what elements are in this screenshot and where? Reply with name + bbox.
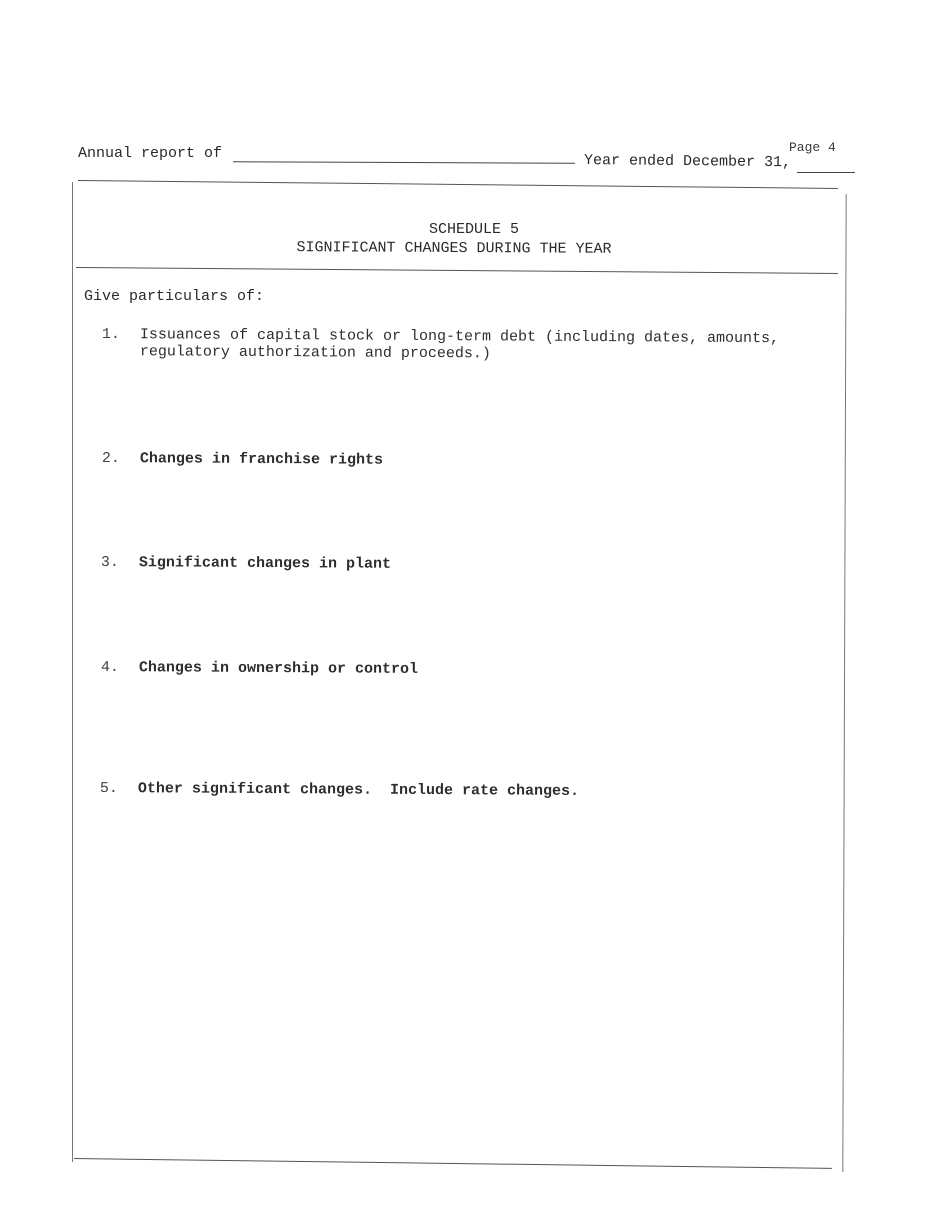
instructions-intro: Give particulars of: — [84, 288, 264, 305]
report-header: Annual report of Year ended December 31, — [78, 145, 868, 171]
item-label-line2: regulatory authorization and proceeds.) — [140, 343, 491, 362]
answer-area-franchise-rights[interactable] — [110, 472, 800, 552]
item-number: 1. — [102, 326, 120, 343]
title-divider — [76, 267, 838, 274]
frame-top-border — [78, 180, 838, 189]
item-number: 2. — [102, 450, 120, 467]
year-ended-label: Year ended December 31, — [584, 152, 791, 171]
schedule-title-block: SCHEDULE 5 SIGNIFICANT CHANGES DURING TH… — [70, 220, 838, 258]
item-label: Issuances of capital stock or long-term … — [140, 326, 779, 364]
answer-area-other-changes[interactable] — [110, 804, 800, 1144]
annual-report-label: Annual report of — [78, 145, 222, 162]
frame-bottom-border — [74, 1158, 832, 1169]
item-label: Changes in ownership or control — [139, 659, 418, 678]
frame-right-border — [842, 194, 846, 1172]
item-number: 3. — [101, 554, 119, 571]
schedule-form: SCHEDULE 5 SIGNIFICANT CHANGES DURING TH… — [70, 180, 838, 1168]
item-number: 5. — [100, 780, 118, 797]
item-label: Changes in franchise rights — [140, 450, 383, 468]
answer-area-issuances[interactable] — [110, 368, 800, 448]
answer-area-ownership-control[interactable] — [110, 681, 800, 781]
year-field[interactable] — [797, 172, 855, 173]
item-label: Significant changes in plant — [139, 554, 391, 573]
frame-left-border — [72, 182, 73, 1162]
item-number: 4. — [101, 659, 119, 676]
item-label: Other significant changes. Include rate … — [138, 780, 579, 800]
company-name-field[interactable] — [233, 161, 575, 163]
answer-area-plant-changes[interactable] — [110, 576, 800, 656]
schedule-title: SIGNIFICANT CHANGES DURING THE YEAR — [70, 237, 838, 260]
schedule-number: SCHEDULE 5 — [110, 220, 838, 239]
